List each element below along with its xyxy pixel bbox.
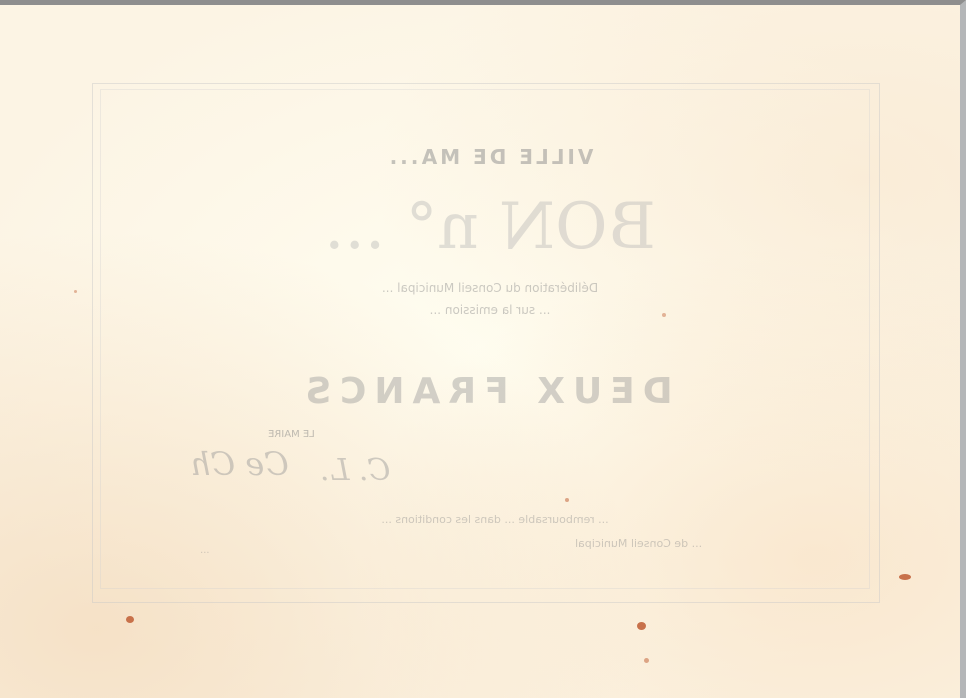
decree-line-1: Délibération du Conseil Municipal ... xyxy=(165,281,815,295)
foxing-spot xyxy=(662,313,666,317)
bon-number: BON n° ... xyxy=(260,190,720,264)
banknote-paper: VILLE DE MA... BON n° ... Délibération d… xyxy=(0,0,966,698)
signature-left: Ce Ch xyxy=(190,445,289,483)
denomination: DEUX FRANCS xyxy=(270,371,700,412)
foxing-spot xyxy=(565,498,569,502)
footer-line-2: ... de Conseil Municipal xyxy=(575,537,702,550)
footer-line-1: ... remboursable ... dans les conditions… xyxy=(155,513,835,526)
signature-right: C. L. xyxy=(320,453,390,488)
foxing-spot xyxy=(637,622,646,630)
foxing-spot xyxy=(899,574,911,580)
footer-line-3: ... xyxy=(200,545,210,556)
decree-line-2: ... sur la emission ... xyxy=(300,303,680,317)
foxing-spot xyxy=(74,290,77,293)
town-header: VILLE DE MA... xyxy=(300,145,680,169)
signature-label: LE MAIRE xyxy=(268,429,315,440)
foxing-spot xyxy=(644,658,649,663)
foxing-spot xyxy=(126,616,134,623)
